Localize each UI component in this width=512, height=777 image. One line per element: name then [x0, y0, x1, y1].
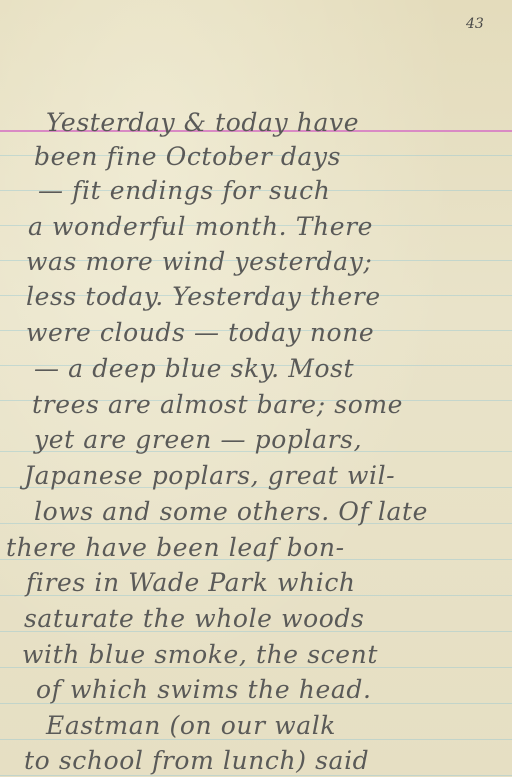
text-line: there have been leaf bon-: [6, 533, 345, 562]
diary-page: 43 Yesterday & today have been fine Octo…: [0, 0, 512, 777]
text-line: Yesterday & today have: [46, 108, 359, 137]
text-line: yet are green — poplars,: [34, 425, 362, 454]
text-line: a wonderful month. There: [28, 212, 373, 241]
text-line: were clouds — today none: [26, 318, 374, 347]
text-line: trees are almost bare; some: [32, 390, 403, 419]
text-line: — fit endings for such: [38, 176, 330, 205]
text-line: fires in Wade Park which: [26, 568, 356, 597]
text-line: Eastman (on our walk: [46, 711, 336, 740]
text-line: — a deep blue sky. Most: [34, 354, 354, 383]
text-line: Japanese poplars, great wil-: [24, 461, 395, 490]
text-line: lows and some others. Of late: [34, 497, 428, 526]
text-line: saturate the whole woods: [24, 604, 364, 633]
text-line: been fine October days: [34, 142, 341, 171]
page-number: 43: [466, 16, 484, 32]
ruled-line: [0, 775, 512, 776]
text-line: with blue smoke, the scent: [22, 640, 378, 669]
text-line: less today. Yesterday there: [26, 282, 381, 311]
text-line: to school from lunch) said: [24, 746, 369, 775]
text-line: of which swims the head.: [36, 675, 372, 704]
text-line: was more wind yesterday;: [26, 247, 372, 276]
